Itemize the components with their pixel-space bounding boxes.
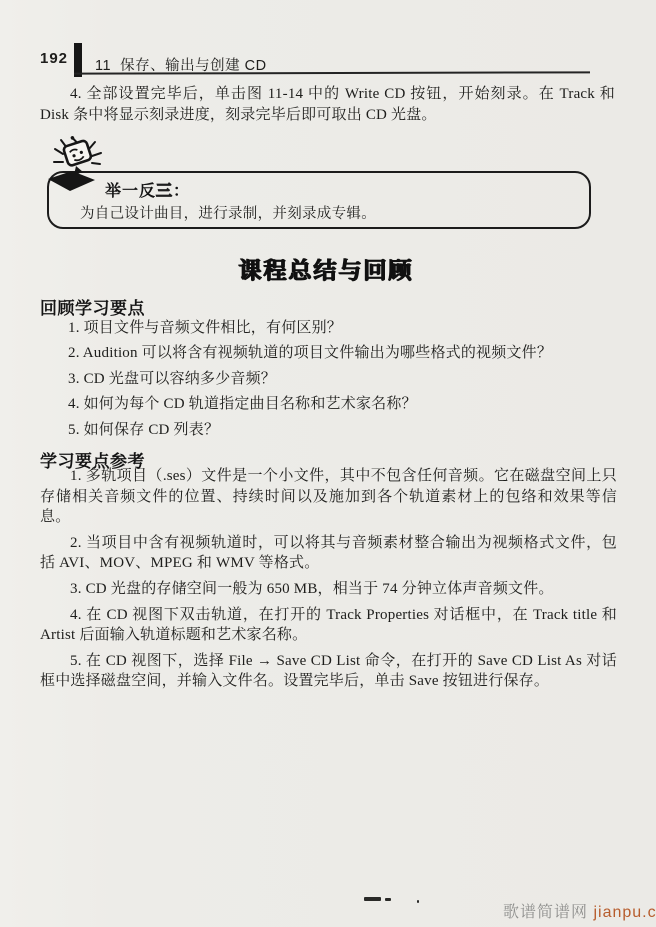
callout-box: 举一反三： 为自己设计曲目，进行录制，并刻录成专辑。 — [47, 171, 591, 229]
callout-title-solid: 举一反 — [105, 183, 156, 200]
watermark-site-name: 歌谱简谱网 — [503, 904, 588, 921]
page-number: 192 — [40, 50, 68, 67]
print-artifact — [364, 897, 381, 901]
review-question-item: 3. CD 光盘可以容纳多少音频？ — [40, 367, 620, 392]
review-question-item: 1. 项目文件与音频文件相比，有何区别？ — [40, 316, 620, 341]
section-title: 课程总结与回顾 — [40, 252, 612, 285]
callout-text: 为自己设计曲目，进行录制，并刻录成专辑。 — [80, 202, 376, 223]
print-artifact — [385, 898, 391, 901]
callout-title-outline: 三 — [156, 183, 173, 200]
reference-answer-item: 5. 在 CD 视图下，选择 File → Save CD List 命令，在打… — [40, 651, 617, 692]
callout-title: 举一反三： — [105, 178, 190, 201]
robot-computer-cartoon-icon — [46, 133, 110, 197]
reference-answer-item: 1. 多轨项目（.ses）文件是一个小文件，其中不包含任何音频。它在磁盘空间上只… — [40, 466, 617, 528]
intro-paragraph: 4. 全部设置完毕后，单击图 11-14 中的 Write CD 按钮，开始刻录… — [40, 84, 615, 125]
callout-title-colon: ： — [173, 183, 190, 200]
review-question-item: 4. 如何为每个 CD 轨道指定曲目名称和艺术家名称？ — [40, 392, 620, 417]
reference-answer-item: 4. 在 CD 视图下双击轨道，在打开的 Track Properties 对话… — [40, 605, 617, 646]
review-question-item: 5. 如何保存 CD 列表？ — [40, 418, 620, 443]
reference-answer-item: 2. 当项目中含有视频轨道时，可以将其与音频素材整合输出为视频格式文件，包括 A… — [40, 533, 617, 574]
header-rule — [74, 71, 590, 74]
watermark-site-url: jianpu.cn — [593, 904, 656, 921]
review-question-list: 1. 项目文件与音频文件相比，有何区别？ 2. Audition 可以将含有视频… — [40, 316, 620, 443]
reference-answer-list: 1. 多轨项目（.ses）文件是一个小文件，其中不包含任何音频。它在磁盘空间上只… — [40, 466, 617, 697]
reference-answer-item: 3. CD 光盘的存储空间一般为 650 MB，相当于 74 分钟立体声音频文件… — [40, 579, 617, 600]
watermark: 歌谱简谱网 jianpu.cn — [503, 899, 656, 922]
review-question-item: 2. Audition 可以将含有视频轨道的项目文件输出为哪些格式的视频文件？ — [40, 341, 620, 366]
print-artifact — [417, 900, 419, 903]
